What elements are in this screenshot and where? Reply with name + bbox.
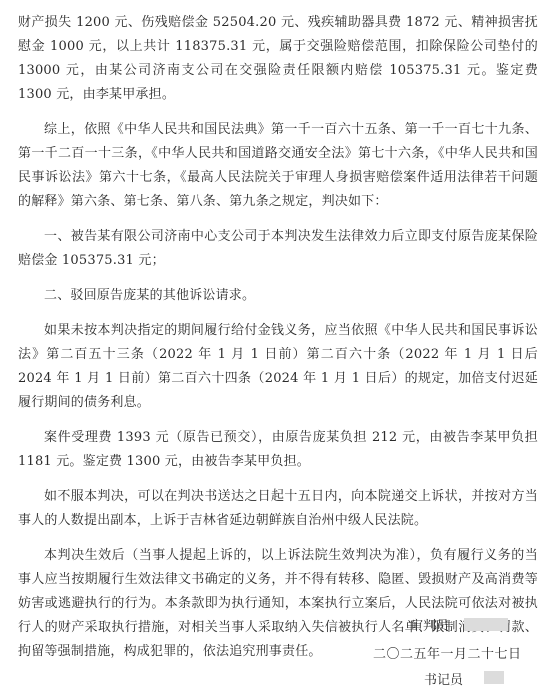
- judgment-date: 二〇二五年一月二十七日: [373, 643, 522, 662]
- legal-basis-paragraph: 综上，依照《中华人民共和国民法典》第一千一百六十五条、第一千一百七十九条、第一千…: [18, 118, 538, 214]
- appeal-paragraph: 如不服本判决，可以在判决书送达之日起十五日内，向本院递交上诉状，并按对方当事人的…: [18, 485, 538, 533]
- clerk-name-redacted: [484, 671, 504, 684]
- ruling-item-2: 二、驳回原告庞某的其他诉讼请求。: [18, 284, 538, 308]
- late-payment-paragraph: 如果未按本判决指定的期间履行给付金钱义务，应当依照《中华人民共和国民事诉讼法》第…: [18, 319, 538, 415]
- judge-name-redacted: [464, 618, 508, 631]
- court-fee-paragraph: 案件受理费 1393 元（原告已预交），由原告庞某负担 212 元，由被告李某甲…: [18, 426, 538, 474]
- compensation-paragraph: 财产损失 1200 元、伤残赔偿金 52504.20 元、残疾辅助器具费 187…: [18, 11, 538, 107]
- ruling-item-1: 一、被告某有限公司济南中心支公司于本判决发生法律效力后立即支付原告庞某保险赔偿金…: [18, 225, 538, 273]
- clerk-label: 书记员: [424, 669, 463, 688]
- judge-label: 审判员: [410, 615, 449, 634]
- judgment-document: 财产损失 1200 元、伤残赔偿金 52504.20 元、残疾辅助器具费 187…: [18, 11, 538, 675]
